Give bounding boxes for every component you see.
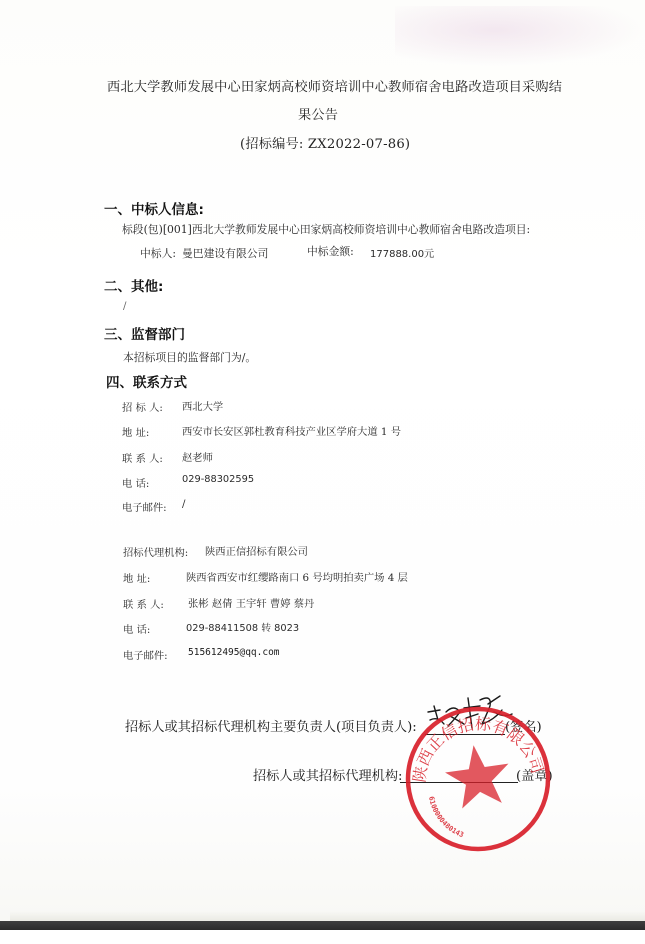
section-heading-winner: 一、中标人信息: — [104, 198, 204, 218]
document-title-line-1: 西北大学教师发展中心田家炳高校师资培训中心教师宿舍电路改造项目采购结 — [107, 76, 562, 95]
tenderer-address-value: 西安市长安区郭杜教育科技产业区学府大道 1 号 — [182, 423, 401, 438]
document-title-line-2: 果公告 — [298, 104, 338, 123]
agency-label: 招标代理机构: — [123, 544, 188, 559]
bid-number: (招标编号: ZX2022-07-86) — [240, 133, 410, 152]
tenderer-contact-label: 联 系 人: — [122, 450, 163, 465]
scanned-document-page: 西北大学教师发展中心田家炳高校师资培训中心教师宿舍电路改造项目采购结 果公告 (… — [0, 0, 645, 921]
amount-value: 177888.00元 — [370, 245, 434, 260]
tenderer-phone-value: 029-88302595 — [182, 474, 254, 485]
tenderer-email-value: / — [182, 498, 185, 510]
tenderer-email-label: 电子邮件: — [122, 499, 167, 514]
section-heading-contact: 四、联系方式 — [106, 371, 187, 391]
agency-email-value: 515612495@qq.com — [188, 647, 280, 658]
agency-address-label: 地 址: — [123, 570, 150, 585]
agency-value: 陕西正信招标有限公司 — [205, 543, 308, 558]
signature-person-label: 招标人或其招标代理机构主要负责人(项目负责人): — [125, 716, 417, 735]
agency-contact-label: 联 系 人: — [123, 596, 164, 611]
agency-phone-value: 029-88411508 转 8023 — [186, 620, 299, 634]
signature-org-label: 招标人或其招标代理机构: — [253, 765, 403, 784]
amount-label: 中标金额: — [307, 244, 354, 259]
section-heading-supervision: 三、监督部门 — [104, 323, 185, 343]
section-heading-other: 二、其他: — [104, 275, 163, 295]
winner-name: 曼巴建设有限公司 — [182, 246, 268, 261]
agency-address-value: 陕西省西安市红缨路南口 6 号均明拍卖广场 4 层 — [186, 569, 408, 584]
other-content: / — [123, 300, 126, 312]
agency-phone-label: 电 话: — [123, 621, 150, 636]
tenderer-address-label: 地 址: — [122, 424, 149, 439]
tenderer-contact-value: 赵老师 — [182, 449, 213, 464]
lot-description: 标段(包)[001]西北大学教师发展中心田家炳高校师资培训中心教师宿舍电路改造项… — [122, 222, 530, 237]
agency-contact-value: 张彬 赵倩 王宇轩 曹婷 蔡丹 — [188, 595, 314, 610]
tenderer-value: 西北大学 — [182, 398, 223, 413]
tenderer-label: 招 标 人: — [122, 399, 163, 414]
bottom-scrollbar-edge — [0, 921, 645, 930]
winner-label: 中标人: — [140, 246, 176, 261]
company-seal-stamp-icon: 陕西正信招标有限公司 6100000480143 — [403, 705, 553, 853]
tenderer-phone-label: 电 话: — [122, 475, 149, 490]
supervision-content: 本招标项目的监督部门为/。 — [123, 350, 256, 365]
agency-email-label: 电子邮件: — [123, 647, 168, 662]
